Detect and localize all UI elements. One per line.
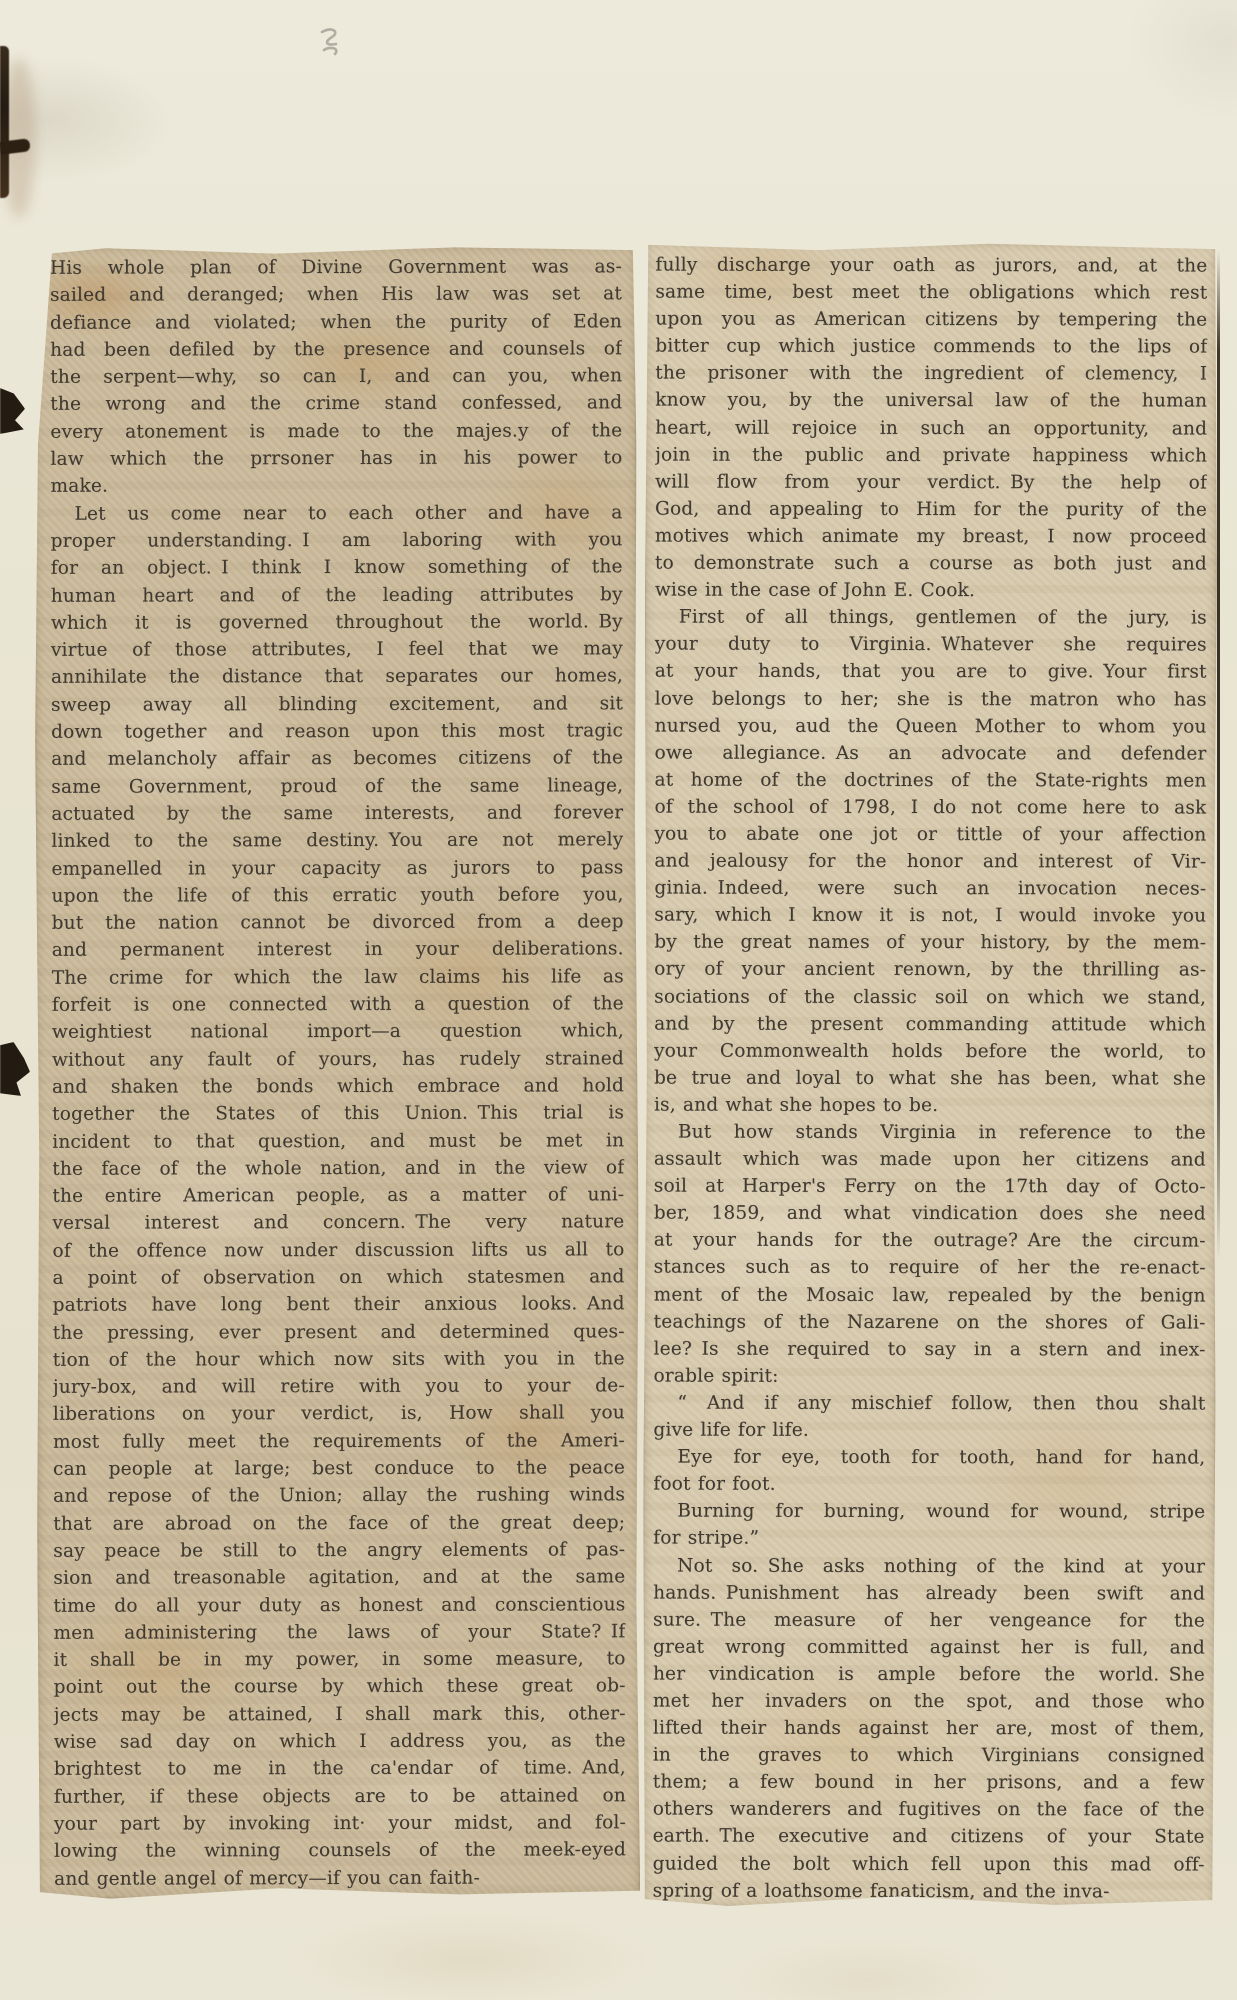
text-line: of the offence now under discussion lift… [52, 1236, 624, 1265]
text-line: time do all your duty as honest and cons… [53, 1591, 625, 1620]
text-line: empanelled in your capacity as jurors to… [51, 854, 623, 883]
scrapbook-page: His whole plan of Divine Government was … [0, 0, 1237, 2000]
text-line: soil at Harper's Ferry on the 17th day o… [654, 1173, 1206, 1201]
text-line: upon the life of this erratic youth befo… [52, 881, 624, 910]
newspaper-clipping-right: fully discharge your oath as jurors, and… [643, 242, 1218, 1909]
text-line: linked to the same destiny. You are not … [51, 826, 623, 855]
text-line: the face of the whole nation, and in the… [52, 1154, 624, 1183]
text-line: and repose of the Union; allay the rushi… [53, 1482, 625, 1511]
text-line: sailed and deranged; when His law was se… [50, 281, 622, 310]
adjacent-page-edge [1217, 250, 1220, 1260]
text-line: at your hands for the outrage? Are the c… [654, 1227, 1206, 1255]
text-line: every atonement is made to the majes.y o… [50, 417, 622, 446]
text-line: jury-box, and will retire with you to yo… [53, 1372, 625, 1401]
text-line: incident to that question, and must be m… [52, 1127, 624, 1156]
text-line: liberations on your verdict, is, How sha… [53, 1400, 625, 1429]
text-line: lowing the winning counsels of the meek-… [54, 1836, 626, 1865]
text-line: your duty to Virginia. Whatever she requ… [655, 631, 1207, 659]
text-line: can people at large; best conduce to the… [53, 1454, 625, 1483]
text-line: it shall be in my power, in some measure… [54, 1645, 626, 1674]
text-line: wise sad day on which I address you, as … [54, 1727, 626, 1756]
text-line: foot for foot. [653, 1471, 1205, 1499]
text-line: that are abroad on the face of the great… [53, 1509, 625, 1538]
text-line: and gentle angel of mercy—if you can fai… [54, 1864, 626, 1893]
text-line: you to abate one jot or tittle of your a… [654, 820, 1206, 848]
text-line: But how stands Virginia in reference to … [654, 1119, 1206, 1147]
text-line: ginia. Indeed, were such an invocation n… [654, 875, 1206, 903]
text-line: sweep away all blinding excitement, and … [51, 690, 623, 719]
text-line: and jealousy for the honor and interest … [654, 848, 1206, 876]
text-line: the wrong and the crime stand confessed,… [50, 390, 622, 419]
binding-tab [0, 138, 31, 155]
text-line: at home of the doctrines of the State-ri… [654, 766, 1206, 794]
text-line: ber, 1859, and what vindication does she… [654, 1200, 1206, 1228]
text-line: great wrong committed against her is ful… [653, 1633, 1205, 1661]
text-line: at your hands, that you are to give. You… [655, 658, 1207, 686]
text-line: The crime for which the law claims his l… [52, 963, 624, 992]
binding-mark-top [0, 46, 9, 198]
text-line: the prisoner with the ingredient of clem… [655, 360, 1207, 388]
text-line: owe allegiance. As an advocate and defen… [655, 739, 1207, 767]
text-line: forfeit is one connected with a question… [52, 990, 624, 1019]
text-line: your Commonwealth holds before the world… [654, 1037, 1206, 1065]
text-line: Eye for eye, tooth for tooth, hand for h… [653, 1444, 1205, 1472]
text-column-left: His whole plan of Divine Government was … [50, 253, 626, 1892]
text-line: nursed you, aud the Queen Mother to whom… [655, 712, 1207, 740]
text-line: wise in the case of John E. Cook. [655, 577, 1207, 605]
text-line: First of all things, gentlemen of the ju… [655, 604, 1207, 632]
text-line: had been defiled by the presence and cou… [50, 335, 622, 364]
text-line: law which the prrsoner has in his power … [50, 444, 622, 473]
newspaper-clipping-left: His whole plan of Divine Government was … [34, 245, 640, 1899]
text-line: men administering the laws of your State… [53, 1618, 625, 1647]
text-line: tion of the hour which now sits with you… [53, 1345, 625, 1374]
text-line: teachings of the Nazarene on the shores … [654, 1308, 1206, 1336]
text-line: for stripe.” [653, 1525, 1205, 1553]
binding-mark-upper-middle [0, 388, 25, 434]
text-line: sion and treasonable agitation, and at t… [53, 1563, 625, 1592]
text-line: defiance and violated; when the purity o… [50, 308, 622, 337]
text-line: “ And if any mischief follow, then thou … [653, 1389, 1205, 1417]
text-line: heart, will rejoice in such an opportuni… [655, 414, 1207, 442]
text-line: His whole plan of Divine Government was … [50, 253, 622, 282]
text-line: lifted their hands against her are, most… [653, 1715, 1205, 1743]
text-line: down together and reason upon this most … [51, 717, 623, 746]
ink-squiggle-mark [316, 24, 346, 60]
text-line: the serpent—why, so can I, and can you, … [50, 362, 622, 391]
text-line: will flow from your verdict. By the help… [655, 468, 1207, 496]
text-line: hands. Punishment has already been swift… [653, 1579, 1205, 1607]
text-line: to demonstrate such a course as both jus… [655, 550, 1207, 578]
text-line: of the school of 1798, I do not come her… [654, 793, 1206, 821]
text-line: ment of the Mosaic law, repealed by the … [654, 1281, 1206, 1309]
text-line: human heart and of the leading attribute… [51, 581, 623, 610]
text-line: met her invaders on the spot, and those … [653, 1687, 1205, 1715]
text-line: and shaken the bonds which embrace and h… [52, 1072, 624, 1101]
text-line: but the nation cannot be divorced from a… [52, 908, 624, 937]
text-line: be true and loyal to what she has been, … [654, 1064, 1206, 1092]
text-line: spring of a loathsome fanaticism, and th… [653, 1877, 1205, 1905]
text-line: Not so. She asks nothing of the kind at … [653, 1552, 1205, 1580]
text-line: sure. The measure of her vengeance for t… [653, 1606, 1205, 1634]
text-line: say peace be still to the angry elements… [53, 1536, 625, 1565]
text-line: and by the present commanding attitude w… [654, 1010, 1206, 1038]
text-line: the pressing, ever present and determine… [53, 1318, 625, 1347]
text-line: earth. The executive and citizens of you… [653, 1823, 1205, 1851]
text-line: is, and what she hopes to be. [654, 1091, 1206, 1119]
text-line: for an object. I think I know something … [51, 554, 623, 583]
text-line: and melancholy affair as becomes citizen… [51, 745, 623, 774]
text-line: annihilate the distance that separates o… [51, 663, 623, 692]
text-line: point out the course by which these grea… [54, 1673, 626, 1702]
text-line: versal interest and concern. The very na… [52, 1209, 624, 1238]
text-line: make. [50, 472, 622, 501]
text-line: sociations of the classic soil on which … [654, 983, 1206, 1011]
text-line: brightest to me in the ca'endar of time.… [54, 1755, 626, 1784]
ink-smear [2, 58, 36, 218]
text-line: most fully meet the requirements of the … [53, 1427, 625, 1456]
text-line: Let us come near to each other and have … [51, 499, 623, 528]
text-line: her vindication is ample before the worl… [653, 1660, 1205, 1688]
binding-mark-lower-middle [0, 1042, 30, 1096]
text-line: together the States of this Union. This … [52, 1099, 624, 1128]
text-line: others wanderers and fugitives on the fa… [653, 1796, 1205, 1824]
text-line: the entire American people, as a matter … [52, 1181, 624, 1210]
text-line: same Government, proud of the same linea… [51, 772, 623, 801]
text-column-right: fully discharge your oath as jurors, and… [653, 252, 1208, 1906]
text-line: and permanent interest in your deliberat… [52, 936, 624, 965]
text-line: upon you as American citizens by temperi… [655, 306, 1207, 334]
text-line: virtue of those attributes, I feel that … [51, 635, 623, 664]
text-line: orable spirit: [653, 1362, 1205, 1390]
text-line: them; a few bound in her prisons, and a … [653, 1769, 1205, 1797]
text-line: love belongs to her; she is the matron w… [655, 685, 1207, 713]
text-line: give life for life. [653, 1417, 1205, 1445]
text-line: ory of your ancient renown, by the thril… [654, 956, 1206, 984]
text-line: patriots have long bent their anxious lo… [53, 1291, 625, 1320]
text-line: by the great names of your history, by t… [654, 929, 1206, 957]
text-line: in the graves to which Virginians consig… [653, 1742, 1205, 1770]
text-line: stances such as to require of her the re… [654, 1254, 1206, 1282]
text-line: join in the public and private happiness… [655, 441, 1207, 469]
text-line: proper understanding. I am laboring with… [51, 526, 623, 555]
text-line: actuated by the same interests, and fore… [51, 799, 623, 828]
text-line: fully discharge your oath as jurors, and… [655, 252, 1207, 280]
text-line: further, if these objects are to be atta… [54, 1782, 626, 1811]
text-line: which it is governed throughout the worl… [51, 608, 623, 637]
text-line: weightiest national import—a question wh… [52, 1018, 624, 1047]
text-line: know you, by the universal law of the hu… [655, 387, 1207, 415]
text-line: Burning for burning, wound for wound, st… [653, 1498, 1205, 1526]
text-line: jects may be attained, I shall mark this… [54, 1700, 626, 1729]
text-line: sary, which I know it is not, I would in… [654, 902, 1206, 930]
text-line: a point of observation on which statesme… [53, 1263, 625, 1292]
text-line: lee? Is she required to say in a stern a… [653, 1335, 1205, 1363]
text-line: guided the bolt which fell upon this mad… [653, 1850, 1205, 1878]
text-line: assault which was made upon her citizens… [654, 1146, 1206, 1174]
text-line: your part by invoking int· your midst, a… [54, 1809, 626, 1838]
text-line: bitter cup which justice commends to the… [655, 333, 1207, 361]
text-line: God, and appealing to Him for the purity… [655, 495, 1207, 523]
text-line: motives which animate my breast, I now p… [655, 522, 1207, 550]
text-line: same time, best meet the obligations whi… [655, 279, 1207, 307]
text-line: without any fault of yours, has rudely s… [52, 1045, 624, 1074]
